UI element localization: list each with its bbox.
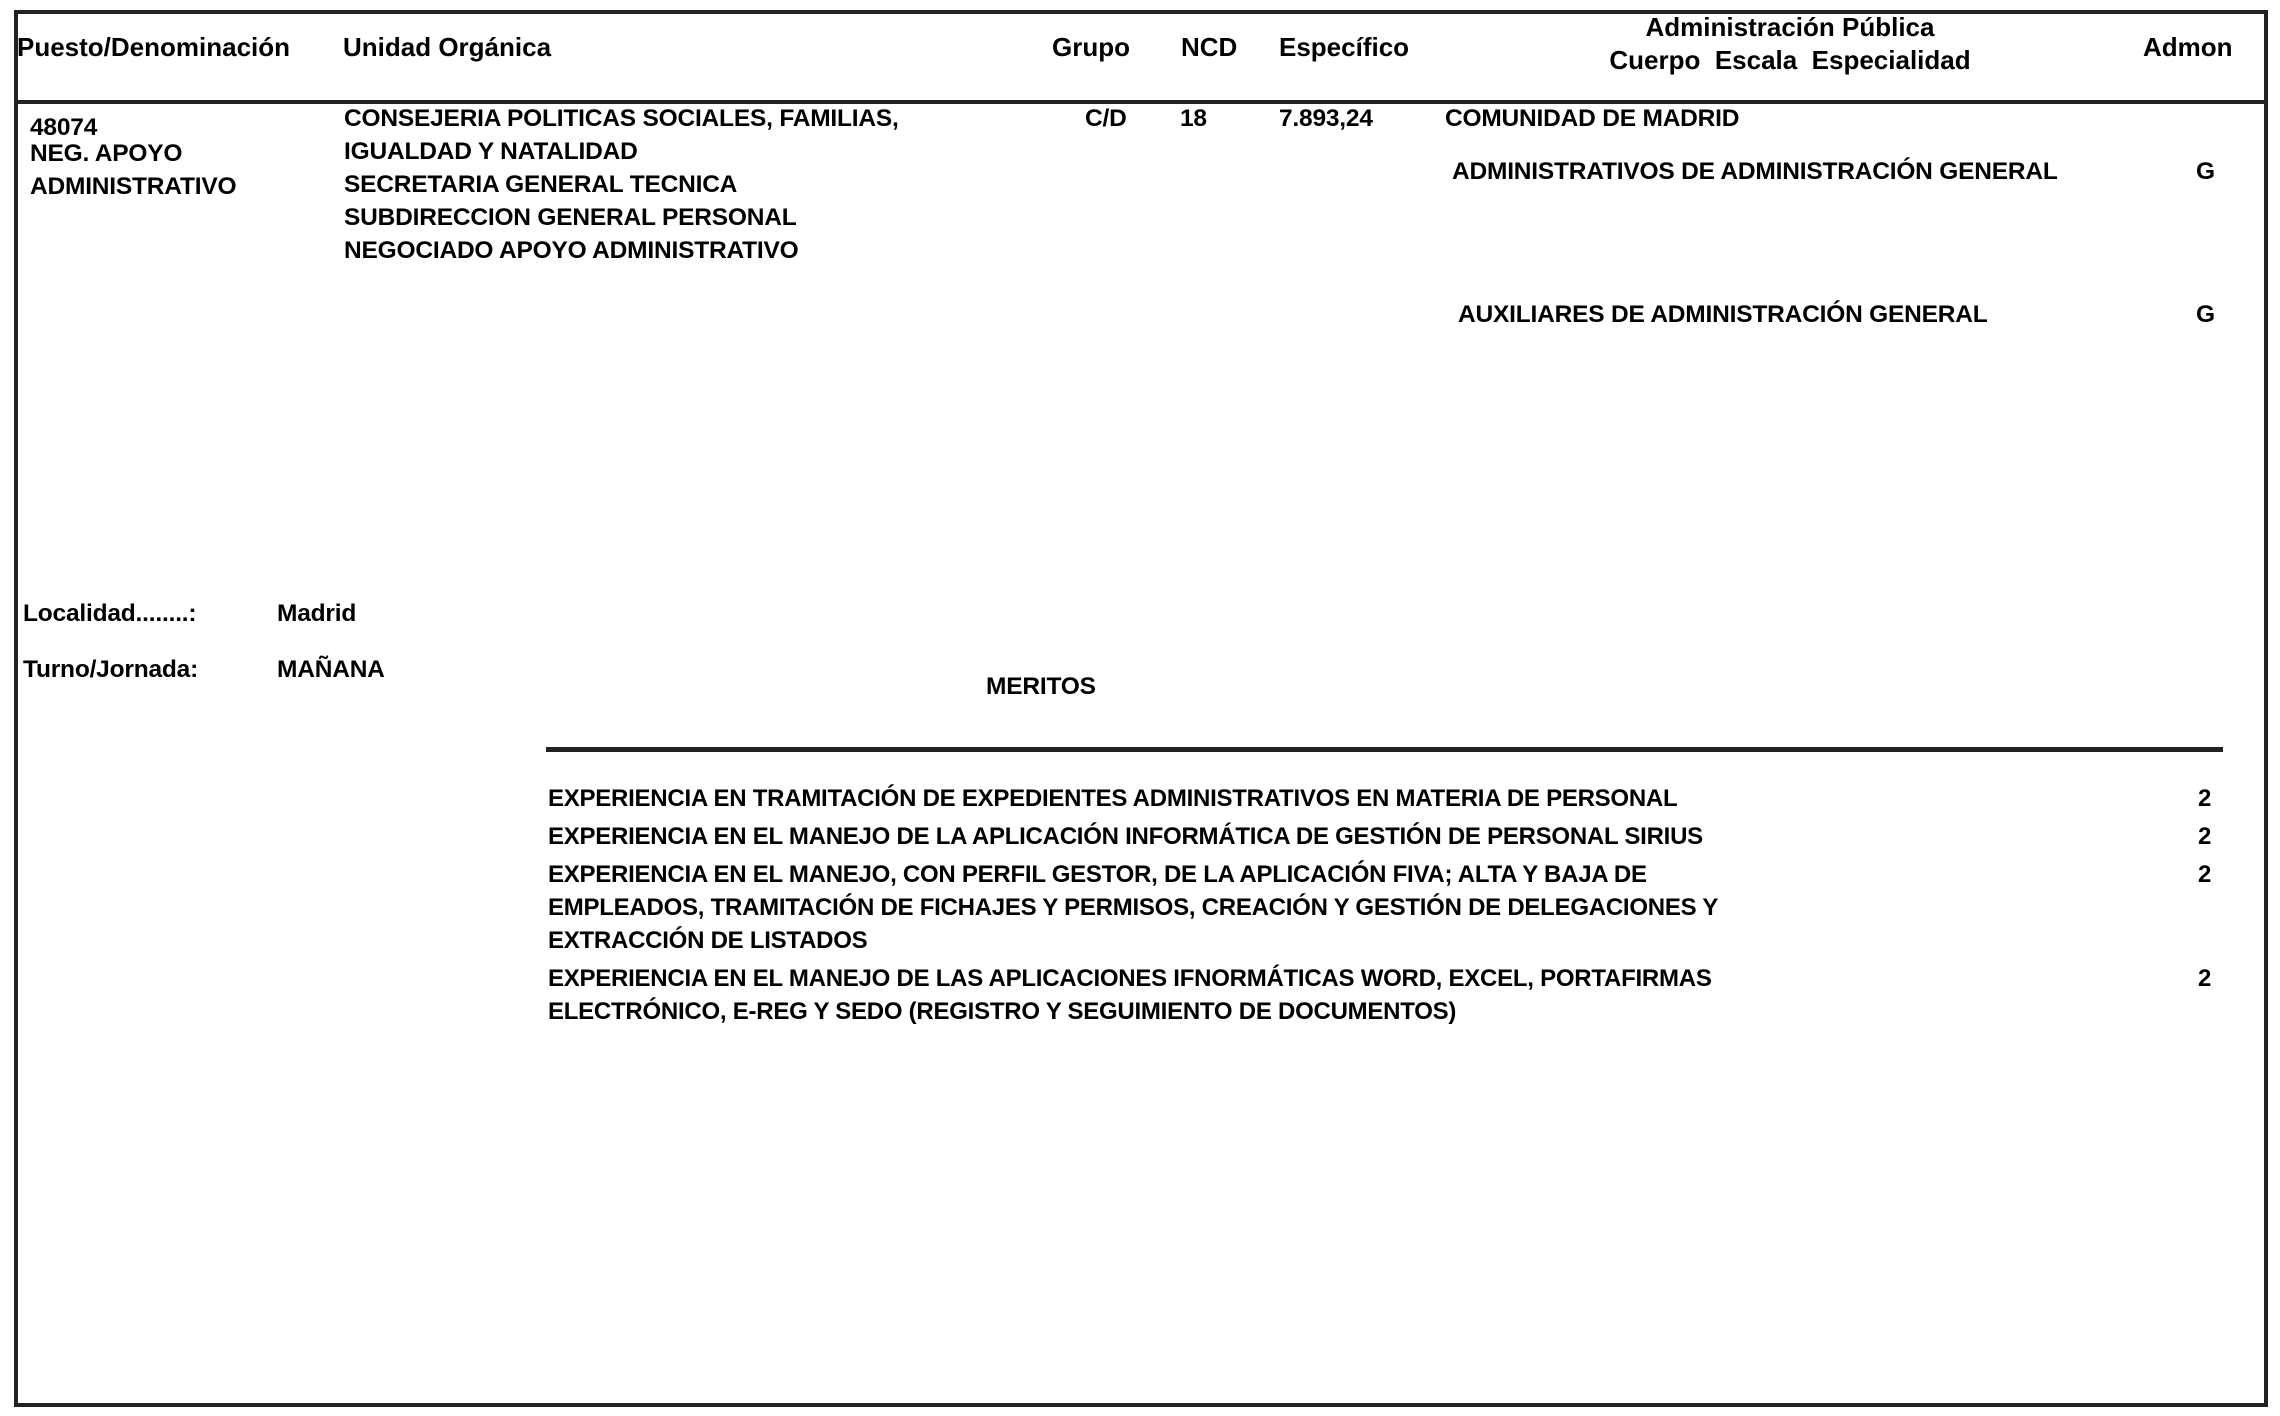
turno-value: MAÑANA — [277, 658, 385, 683]
merito-text: EMPLEADOS, TRAMITACIÓN DE FICHAJES Y PER… — [548, 896, 1718, 920]
merito-text: EXTRACCIÓN DE LISTADOS — [548, 929, 867, 953]
header-puesto: Puesto/Denominación — [17, 34, 290, 60]
merito-puntos: 2 — [2198, 825, 2211, 849]
unidad-organica-line: SECRETARIA GENERAL TECNICA — [344, 173, 737, 198]
merito-puntos: 2 — [2198, 787, 2211, 811]
header-separator — [14, 100, 2268, 104]
cuerpo-admon: G — [2196, 303, 2215, 328]
cuerpo-admon: G — [2196, 160, 2215, 185]
especifico-value: 7.893,24 — [1279, 107, 1373, 132]
meritos-divider — [546, 747, 2223, 752]
puesto-codigo: 48074 — [30, 116, 97, 141]
merito-text: EXPERIENCIA EN EL MANEJO DE LA APLICACIÓ… — [548, 825, 1703, 849]
header-admon: Admon — [2143, 34, 2233, 60]
header-grupo: Grupo — [1052, 34, 1130, 60]
header-especifico: Específico — [1279, 34, 1409, 60]
merito-puntos: 2 — [2198, 863, 2211, 887]
localidad-value: Madrid — [277, 602, 356, 627]
merito-puntos: 2 — [2198, 967, 2211, 991]
ncd-value: 18 — [1180, 107, 1207, 132]
unidad-organica-line: NEGOCIADO APOYO ADMINISTRATIVO — [344, 239, 799, 264]
localidad-label: Localidad........: — [23, 602, 196, 627]
grupo-value: C/D — [1085, 107, 1127, 132]
turno-label: Turno/Jornada: — [23, 658, 198, 683]
meritos-title: MERITOS — [986, 675, 1096, 700]
header-unidad-organica: Unidad Orgánica — [343, 34, 551, 60]
puesto-denominacion-1: NEG. APOYO — [30, 142, 182, 167]
unidad-organica-line: IGUALDAD Y NATALIDAD — [344, 140, 638, 165]
administracion-publica-value: COMUNIDAD DE MADRID — [1445, 107, 1739, 132]
header-ncd: NCD — [1181, 34, 1237, 60]
puesto-denominacion-2: ADMINISTRATIVO — [30, 175, 236, 200]
merito-text: ELECTRÓNICO, E-REG Y SEDO (REGISTRO Y SE… — [548, 1000, 1456, 1024]
merito-text: EXPERIENCIA EN EL MANEJO, CON PERFIL GES… — [548, 863, 1647, 887]
merito-text: EXPERIENCIA EN EL MANEJO DE LAS APLICACI… — [548, 967, 1712, 991]
unidad-organica-line: SUBDIRECCION GENERAL PERSONAL — [344, 206, 797, 231]
cuerpo-name: AUXILIARES DE ADMINISTRACIÓN GENERAL — [1458, 303, 1988, 328]
header-cuerpo-escala-especialidad: Cuerpo Escala Especialidad — [1609, 47, 1970, 73]
merito-text: EXPERIENCIA EN TRAMITACIÓN DE EXPEDIENTE… — [548, 787, 1677, 811]
header-administracion-publica: Administración Pública — [1646, 14, 1935, 40]
unidad-organica-line: CONSEJERIA POLITICAS SOCIALES, FAMILIAS, — [344, 107, 899, 132]
cuerpo-name: ADMINISTRATIVOS DE ADMINISTRACIÓN GENERA… — [1452, 160, 2058, 185]
